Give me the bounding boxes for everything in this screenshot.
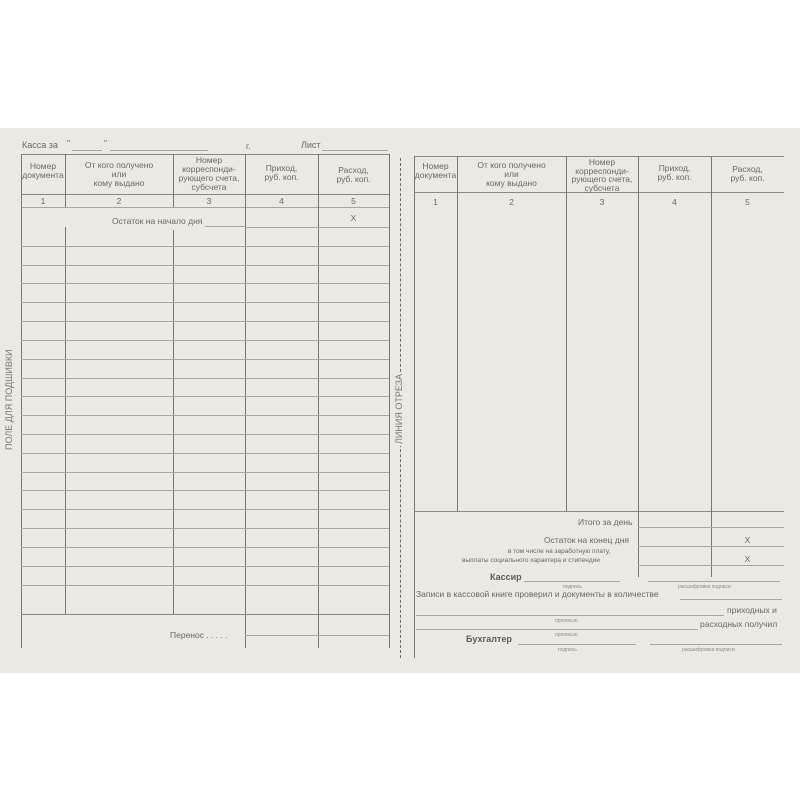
col-number-3: 3 <box>566 198 638 208</box>
col1-sep <box>457 156 458 511</box>
opening-balance-mark: X <box>318 214 389 224</box>
table-row[interactable] <box>21 528 389 529</box>
cashier-label: Кассир <box>490 573 522 583</box>
body-bottom-border <box>414 511 784 512</box>
accountant-decoding-field[interactable] <box>650 644 782 645</box>
table-row[interactable] <box>21 547 389 548</box>
col4-sep <box>711 156 712 577</box>
quote-close: " <box>104 139 107 149</box>
header-divider <box>21 194 389 195</box>
numbers-divider <box>21 207 389 208</box>
col-header-from-whom: От кого полученоиликому выдано <box>65 161 173 188</box>
col-number-2: 2 <box>65 197 173 207</box>
table-row[interactable] <box>21 415 389 416</box>
table-row[interactable] <box>21 509 389 510</box>
col-header-expense: Расход,руб. коп. <box>711 165 784 183</box>
row-line <box>245 227 389 228</box>
closing-balance-mark: X <box>711 536 784 546</box>
month-field[interactable] <box>110 150 208 151</box>
col-header-income: Приход,руб. коп. <box>638 164 711 182</box>
left-border <box>21 154 22 648</box>
table-row[interactable] <box>21 614 389 615</box>
col3-sep <box>245 154 246 648</box>
table-row[interactable] <box>21 396 389 397</box>
col-header-account: Номеркорреспонди-рующего счета,субсчета <box>566 158 638 192</box>
col-header-account: Номеркорреспонди-рующего счета,субсчета <box>173 156 245 192</box>
table-row[interactable] <box>21 321 389 322</box>
carry-over-line <box>245 635 389 636</box>
table-row[interactable] <box>21 472 389 473</box>
sheet-label: Лист <box>301 141 321 151</box>
col2-sep <box>566 156 567 511</box>
table-row[interactable] <box>21 490 389 491</box>
social-payments-label: выплаты социального характера и стипенди… <box>462 556 600 566</box>
day-field[interactable] <box>72 150 102 151</box>
outgoing-written-caption: прописью <box>555 631 578 641</box>
accountant-signature-caption: подпись <box>558 646 577 656</box>
left-border <box>414 156 415 658</box>
cashier-signature-field[interactable] <box>524 581 620 582</box>
col-number-1: 1 <box>414 198 457 208</box>
accountant-label: Бухгалтер <box>466 635 512 645</box>
col-header-expense: Расход,руб. коп. <box>318 166 389 184</box>
col-number-5: 5 <box>318 197 389 207</box>
sheet-number-field[interactable] <box>322 150 388 151</box>
cut-line-label: ЛИНИЯ ОТРЕЗА <box>394 372 404 446</box>
incoming-label: приходных и <box>727 606 777 616</box>
checked-text: Записи в кассовой книге проверил и докум… <box>416 590 659 600</box>
table-row[interactable] <box>21 265 389 266</box>
col-number-4: 4 <box>245 197 318 207</box>
year-suffix: г. <box>246 142 250 152</box>
col-header-doc-number: Номердокумента <box>21 162 65 180</box>
col-number-4: 4 <box>638 198 711 208</box>
col-header-doc-number: Номердокумента <box>414 162 457 180</box>
social-payments-mark: X <box>711 555 784 565</box>
col-number-1: 1 <box>21 197 65 207</box>
col2-sep <box>173 230 174 614</box>
col-header-from-whom: От кого полученоиликому выдано <box>457 161 566 188</box>
documents-count-field[interactable] <box>680 599 782 600</box>
quote-open: " <box>67 139 70 149</box>
table-row[interactable] <box>21 434 389 435</box>
accountant-decoding-caption: расшифровка подписи <box>682 646 735 656</box>
col-number-3: 3 <box>173 197 245 207</box>
opening-balance-label: Остаток на начало дня <box>112 217 202 227</box>
incoming-count-field[interactable] <box>416 615 724 616</box>
right-border <box>389 154 390 648</box>
cashier-decoding-caption: расшифровка подписи <box>678 583 731 593</box>
kassa-label: Касса за <box>22 141 58 151</box>
col1-sep <box>65 227 66 614</box>
col4-sep <box>318 154 319 648</box>
table-row[interactable] <box>21 359 389 360</box>
table-row[interactable] <box>21 453 389 454</box>
binding-margin-label: ПОЛЕ ДЛЯ ПОДШИВКИ <box>4 349 14 450</box>
table-row[interactable] <box>21 585 389 586</box>
table-row[interactable] <box>21 340 389 341</box>
col3-sep <box>638 156 639 577</box>
cashier-decoding-field[interactable] <box>648 581 780 582</box>
col-number-5: 5 <box>711 198 784 208</box>
social-payments-line[interactable] <box>638 565 784 566</box>
table-row[interactable] <box>21 566 389 567</box>
table-row[interactable] <box>21 283 389 284</box>
day-total-line[interactable] <box>638 527 784 528</box>
table-row[interactable] <box>21 378 389 379</box>
incoming-written-caption: прописью <box>555 617 578 627</box>
accountant-signature-field[interactable] <box>518 644 636 645</box>
outgoing-label: расходных получил <box>700 620 777 630</box>
table-row[interactable] <box>21 302 389 303</box>
outgoing-count-field[interactable] <box>416 629 698 630</box>
day-total-label: Итого за день <box>578 518 632 528</box>
col-header-income: Приход,руб. коп. <box>245 164 318 182</box>
table-row[interactable] <box>21 246 389 247</box>
opening-balance-underline <box>205 226 245 227</box>
closing-balance-label: Остаток на конец дня <box>544 536 629 546</box>
col-number-2: 2 <box>457 198 566 208</box>
closing-balance-line[interactable] <box>638 546 784 547</box>
cash-book-sheet: Касса за " " г. Лист ПОЛЕ ДЛЯ ПОДШИВКИ Н… <box>0 128 800 673</box>
carry-over-label: Перенос . . . . . <box>170 631 228 641</box>
